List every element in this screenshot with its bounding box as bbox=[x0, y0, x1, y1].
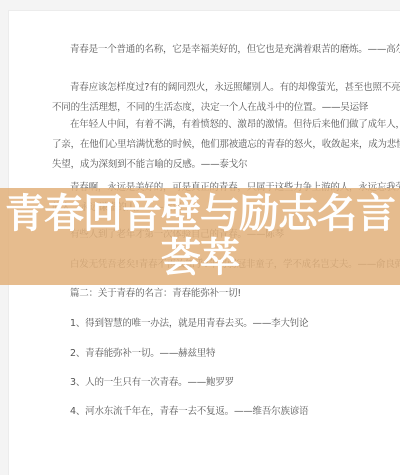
section-heading: 篇二：关于青春的名言：青春能弥补一切! bbox=[70, 284, 241, 304]
banner-title-line1: 青春回音壁与励志名言 bbox=[0, 192, 400, 236]
list-item: 1、得到智慧的唯一办法，就是用青春去买。——李大钊论 bbox=[70, 314, 308, 334]
quote-paragraph: 青春是一个普通的名称，它是幸福美好的，但它也是充满着艰苦的磨炼。——高尔基 bbox=[52, 40, 352, 60]
quote-line: 失望，成为深刻到不能言喻的反感。——泰戈尔 bbox=[52, 155, 352, 175]
quote-line: 在年轻人中间，有着不满，有着愤怒的、激昂的激情。但待后来他们做了成年人，都 bbox=[52, 115, 352, 135]
quote-paragraph: 青春应该怎样度过?有的阔同烈火，永远照耀别人。有的却像萤光，甚至也照不亮自己! … bbox=[52, 78, 352, 118]
banner-title-line2: 荟萃 bbox=[0, 236, 400, 280]
quote-line: 了亲，在他们心里培满忧愁的时候，他们那被遗忘的青春的怒火，收敛起来，成为悲愤的 bbox=[52, 135, 352, 155]
quote-paragraph: 在年轻人中间，有着不满，有着愤怒的、激昂的激情。但待后来他们做了成年人，都 了亲… bbox=[52, 115, 352, 175]
list-item: 4、河水东流千年在，青春一去不复返。——维吾尔族谚语 bbox=[70, 402, 308, 422]
quote-line: 青春是一个普通的名称，它是幸福美好的，但它也是充满着艰苦的磨炼。——高尔基 bbox=[52, 40, 352, 60]
list-item: 3、人的一生只有一次青春。——鲍罗罗 bbox=[70, 373, 234, 393]
quote-line: 青春应该怎样度过?有的阔同烈火，永远照耀别人。有的却像萤光，甚至也照不亮自己! bbox=[52, 78, 352, 98]
banner-title: 青春回音壁与励志名言 荟萃 bbox=[0, 192, 400, 280]
list-item: 2、青春能弥补一切。——赫兹里特 bbox=[70, 344, 215, 364]
